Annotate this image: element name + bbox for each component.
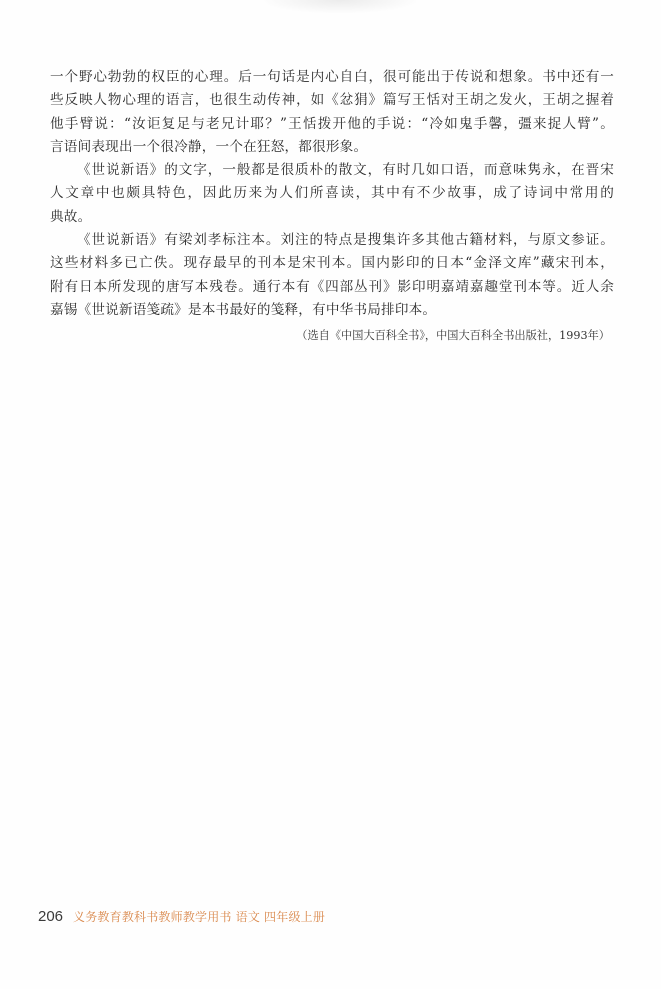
book-title: 义务教育教科书教师教学用书 语文 四年级上册 — [73, 908, 325, 925]
text-line: 人文章中也颇具特色，因此历来为人们所喜读，其中有不少故事，成了诗词中常用的 — [50, 182, 614, 205]
text-line: 嘉锡《世说新语笺疏》是本书最好的笺释，有中华书局排印本。 — [50, 299, 614, 322]
text-line: 《世说新语》的文字，一般都是很质朴的散文，有时几如口语，而意味隽永，在晋宋 — [50, 159, 614, 182]
text-line: 他手臂说：“汝讵复足与老兄计耶？”王恬拨开他的手说：“冷如鬼手馨，彊来捉人臂”。 — [50, 113, 614, 136]
body-text: 一个野心勃勃的权臣的心理。后一句话是内心自白，很可能出于传说和想象。书中还有一 … — [50, 66, 614, 322]
page-top-shadow — [260, 0, 420, 14]
text-line: 《世说新语》有梁刘孝标注本。刘注的特点是搜集许多其他古籍材料，与原文参证。 — [50, 229, 614, 252]
paragraph-2: 《世说新语》的文字，一般都是很质朴的散文，有时几如口语，而意味隽永，在晋宋 人文… — [50, 159, 614, 229]
text-line: 这些材料多已亡佚。现存最早的刊本是宋刊本。国内影印的日本“金泽文库”藏宋刊本， — [50, 252, 614, 275]
page-number: 206 — [38, 908, 63, 925]
paragraph-3: 《世说新语》有梁刘孝标注本。刘注的特点是搜集许多其他古籍材料，与原文参证。 这些… — [50, 229, 614, 322]
text-line: 附有日本所发现的唐写本残卷。通行本有《四部丛刊》影印明嘉靖嘉趣堂刊本等。近人余 — [50, 276, 614, 299]
source-citation: （选自《中国大百科全书》，中国大百科全书出版社，1993年） — [276, 328, 610, 344]
page-footer: 206 义务教育教科书教师教学用书 语文 四年级上册 — [38, 908, 325, 925]
text-line: 言语间表现出一个很冷静，一个在狂怒，都很形象。 — [50, 136, 614, 159]
text-line: 些反映人物心理的语言，也很生动传神，如《忿狷》篇写王恬对王胡之发火，王胡之握着 — [50, 89, 614, 112]
text-line: 一个野心勃勃的权臣的心理。后一句话是内心自白，很可能出于传说和想象。书中还有一 — [50, 66, 614, 89]
paragraph-1: 一个野心勃勃的权臣的心理。后一句话是内心自白，很可能出于传说和想象。书中还有一 … — [50, 66, 614, 159]
text-line: 典故。 — [50, 206, 614, 229]
